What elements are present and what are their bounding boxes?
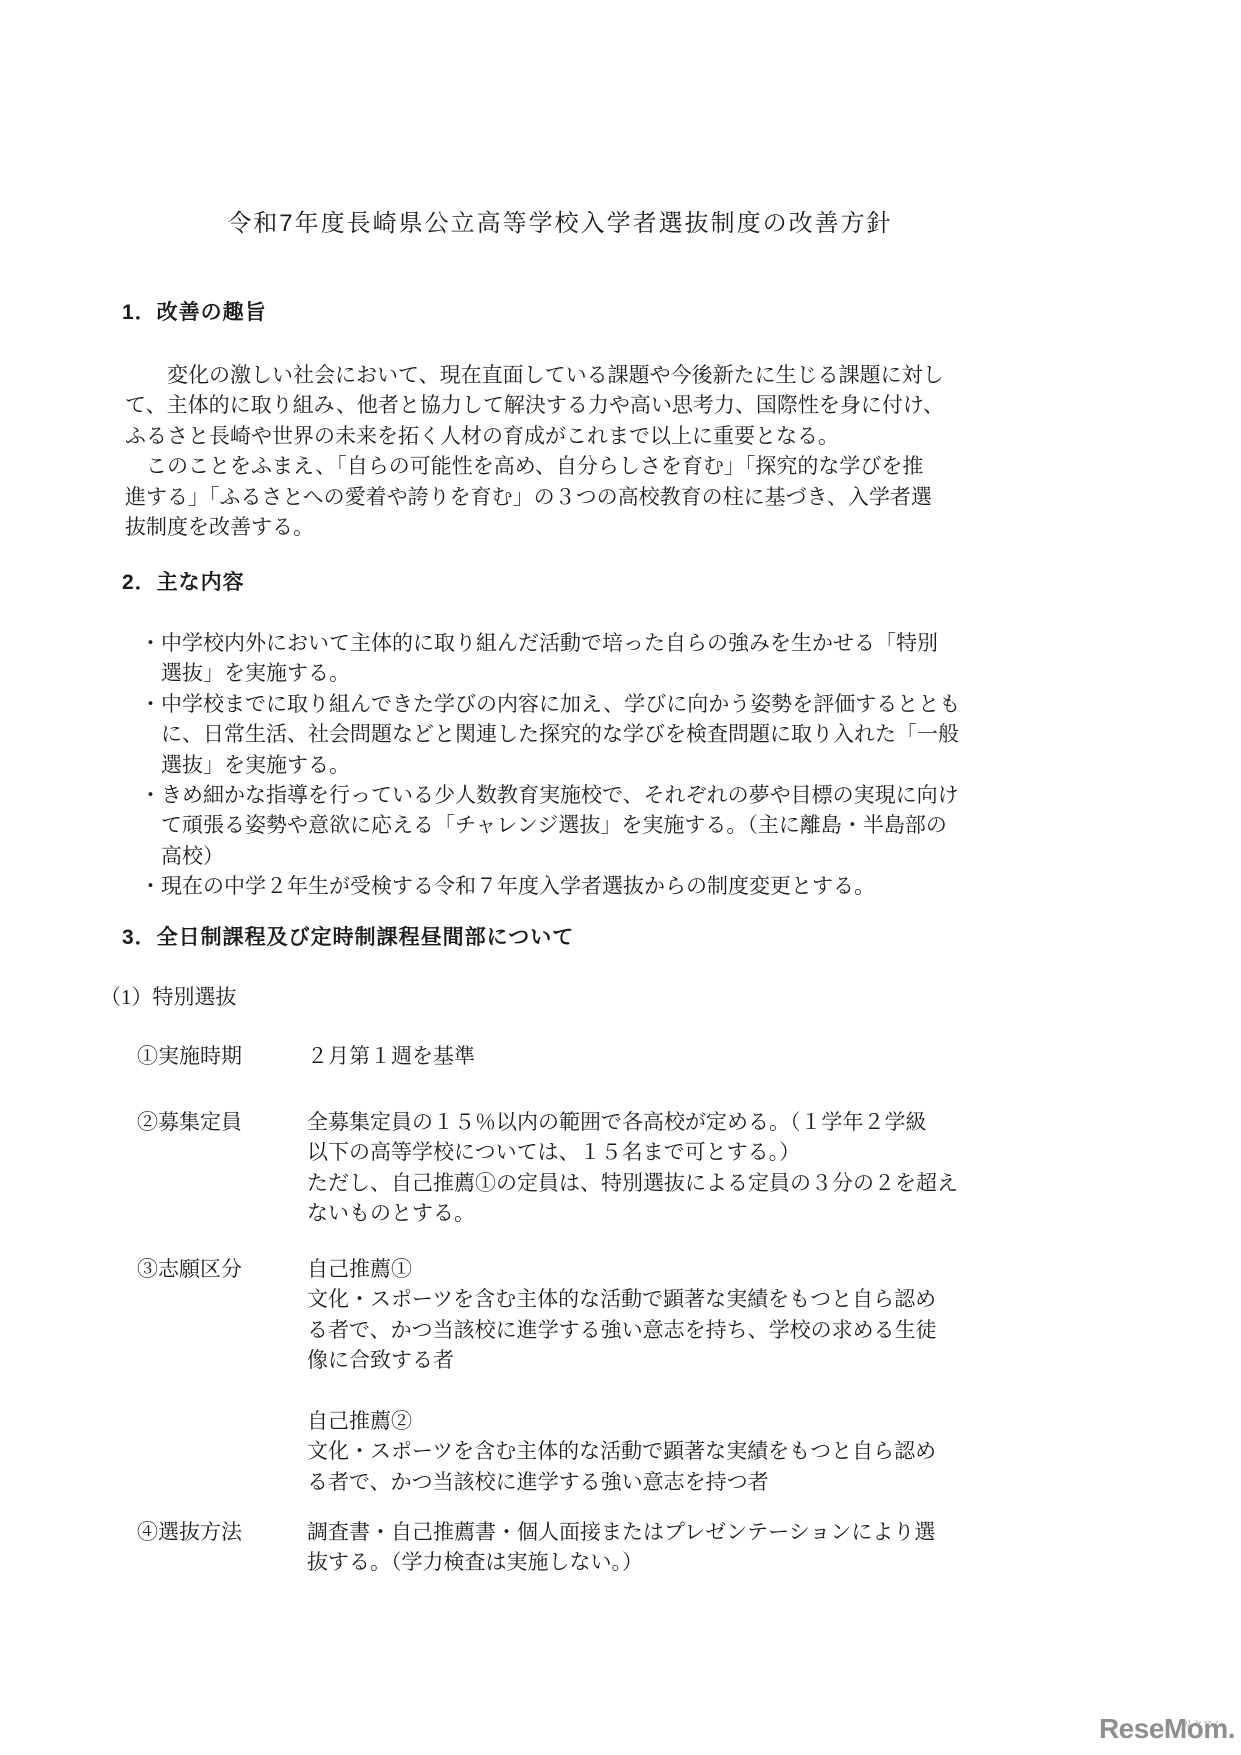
resemom-logo-ruby: リセマム [1183, 1709, 1223, 1739]
bullet-line: ・中学校までに取り組んできた学びの内容に加え、学びに向かう姿勢を評価するととも [140, 689, 960, 719]
item-content: 自己推薦① 文化・スポーツを含む主体的な活動で顕著な実績をもつと自ら認め る者で… [307, 1254, 937, 1497]
item-label: ④選抜方法 [137, 1517, 242, 1547]
section2-heading: 2．主な内容 [122, 566, 245, 596]
item-line: 調査書・自己推薦書・個人面接またはプレゼンテーションにより選 [307, 1517, 935, 1547]
section1-heading: 1．改善の趣旨 [122, 296, 267, 326]
body-line: 変化の激しい社会において、現在直面している課題や今後新たに生じる課題に対し [125, 360, 944, 390]
item-line: 以下の高等学校については、１５名まで可とする。） [307, 1137, 958, 1167]
item-line: 像に合致する者 [307, 1345, 937, 1375]
bullet-line: て頑張る姿勢や意欲に応える「チャレンジ選抜」を実施する。（主に離島・半島部の [140, 810, 960, 840]
bullet-line: 選抜」を実施する。 [140, 658, 960, 688]
item-content: 調査書・自己推薦書・個人面接またはプレゼンテーションにより選 抜する。（学力検査… [307, 1517, 935, 1578]
bullet-line: ・きめ細かな指導を行っている少人数教育実施校で、それぞれの夢や目標の実現に向け [140, 780, 960, 810]
item-line: 自己推薦① [307, 1254, 937, 1284]
body-line: このことをふまえ、「自らの可能性を高め、自分らしさを育む」「探究的な学びを推 [125, 451, 944, 481]
section1-paragraphs: 変化の激しい社会において、現在直面している課題や今後新たに生じる課題に対し て、… [125, 360, 944, 542]
bullet-line: ・中学校内外において主体的に取り組んだ活動で培った自らの強みを生かせる「特別 [140, 628, 960, 658]
item-line: 文化・スポーツを含む主体的な活動で顕著な実績をもつと自ら認め [307, 1284, 937, 1314]
item-line: 抜する。（学力検査は実施しない。） [307, 1547, 935, 1577]
section3-heading: 3．全日制課程及び定時制課程昼間部について [122, 921, 574, 951]
document-title: 令和7年度長崎県公立高等学校入学者選抜制度の改善方針 [110, 203, 1010, 238]
item-content: 全募集定員の１５％以内の範囲で各高校が定める。（１学年２学級 以下の高等学校につ… [307, 1107, 958, 1229]
resemom-logo: リセマムReseMom. [1099, 1714, 1235, 1744]
body-line: 抜制度を改善する。 [125, 512, 944, 542]
item-line: 自己推薦② [307, 1406, 937, 1436]
item-label: ①実施時期 [137, 1041, 242, 1071]
resemom-logo-period: . [1228, 1713, 1235, 1744]
item-line: ２月第１週を基準 [307, 1041, 475, 1071]
item-line: る者で、かつ当該校に進学する強い意志を持ち、学校の求める生徒 [307, 1315, 937, 1345]
subsection-label: （1）特別選抜 [100, 981, 237, 1011]
item-label: ③志願区分 [137, 1254, 242, 1284]
item-label: ②募集定員 [137, 1107, 242, 1137]
item-line: る者で、かつ当該校に進学する強い意志を持つ者 [307, 1467, 937, 1497]
item-line: ないものとする。 [307, 1198, 958, 1228]
item-content: ２月第１週を基準 [307, 1041, 475, 1071]
bullet-line: 高校） [140, 841, 960, 871]
body-line: ふるさと長崎や世界の未来を拓く人材の育成がこれまで以上に重要となる。 [125, 421, 944, 451]
item-line [307, 1376, 937, 1406]
item-line: 全募集定員の１５％以内の範囲で各高校が定める。（１学年２学級 [307, 1107, 958, 1137]
bullet-line: 選抜」を実施する。 [140, 750, 960, 780]
bullet-line: ・現在の中学２年生が受検する令和７年度入学者選抜からの制度変更とする。 [140, 871, 960, 901]
body-line: て、主体的に取り組み、他者と協力して解決する力や高い思考力、国際性を身に付け、 [125, 390, 944, 420]
item-line: 文化・スポーツを含む主体的な活動で顕著な実績をもつと自ら認め [307, 1436, 937, 1466]
document-page: 令和7年度長崎県公立高等学校入学者選抜制度の改善方針 1．改善の趣旨 変化の激し… [0, 0, 1241, 1755]
bullet-line: に、日常生活、社会問題などと関連した探究的な学びを検査問題に取り入れた「一般 [140, 719, 960, 749]
section2-bullet-list: ・中学校内外において主体的に取り組んだ活動で培った自らの強みを生かせる「特別 選… [140, 628, 960, 902]
item-line: ただし、自己推薦①の定員は、特別選抜による定員の３分の２を超え [307, 1168, 958, 1198]
body-line: 進する」「ふるさとへの愛着や誇りを育む」の３つの高校教育の柱に基づき、入学者選 [125, 482, 944, 512]
